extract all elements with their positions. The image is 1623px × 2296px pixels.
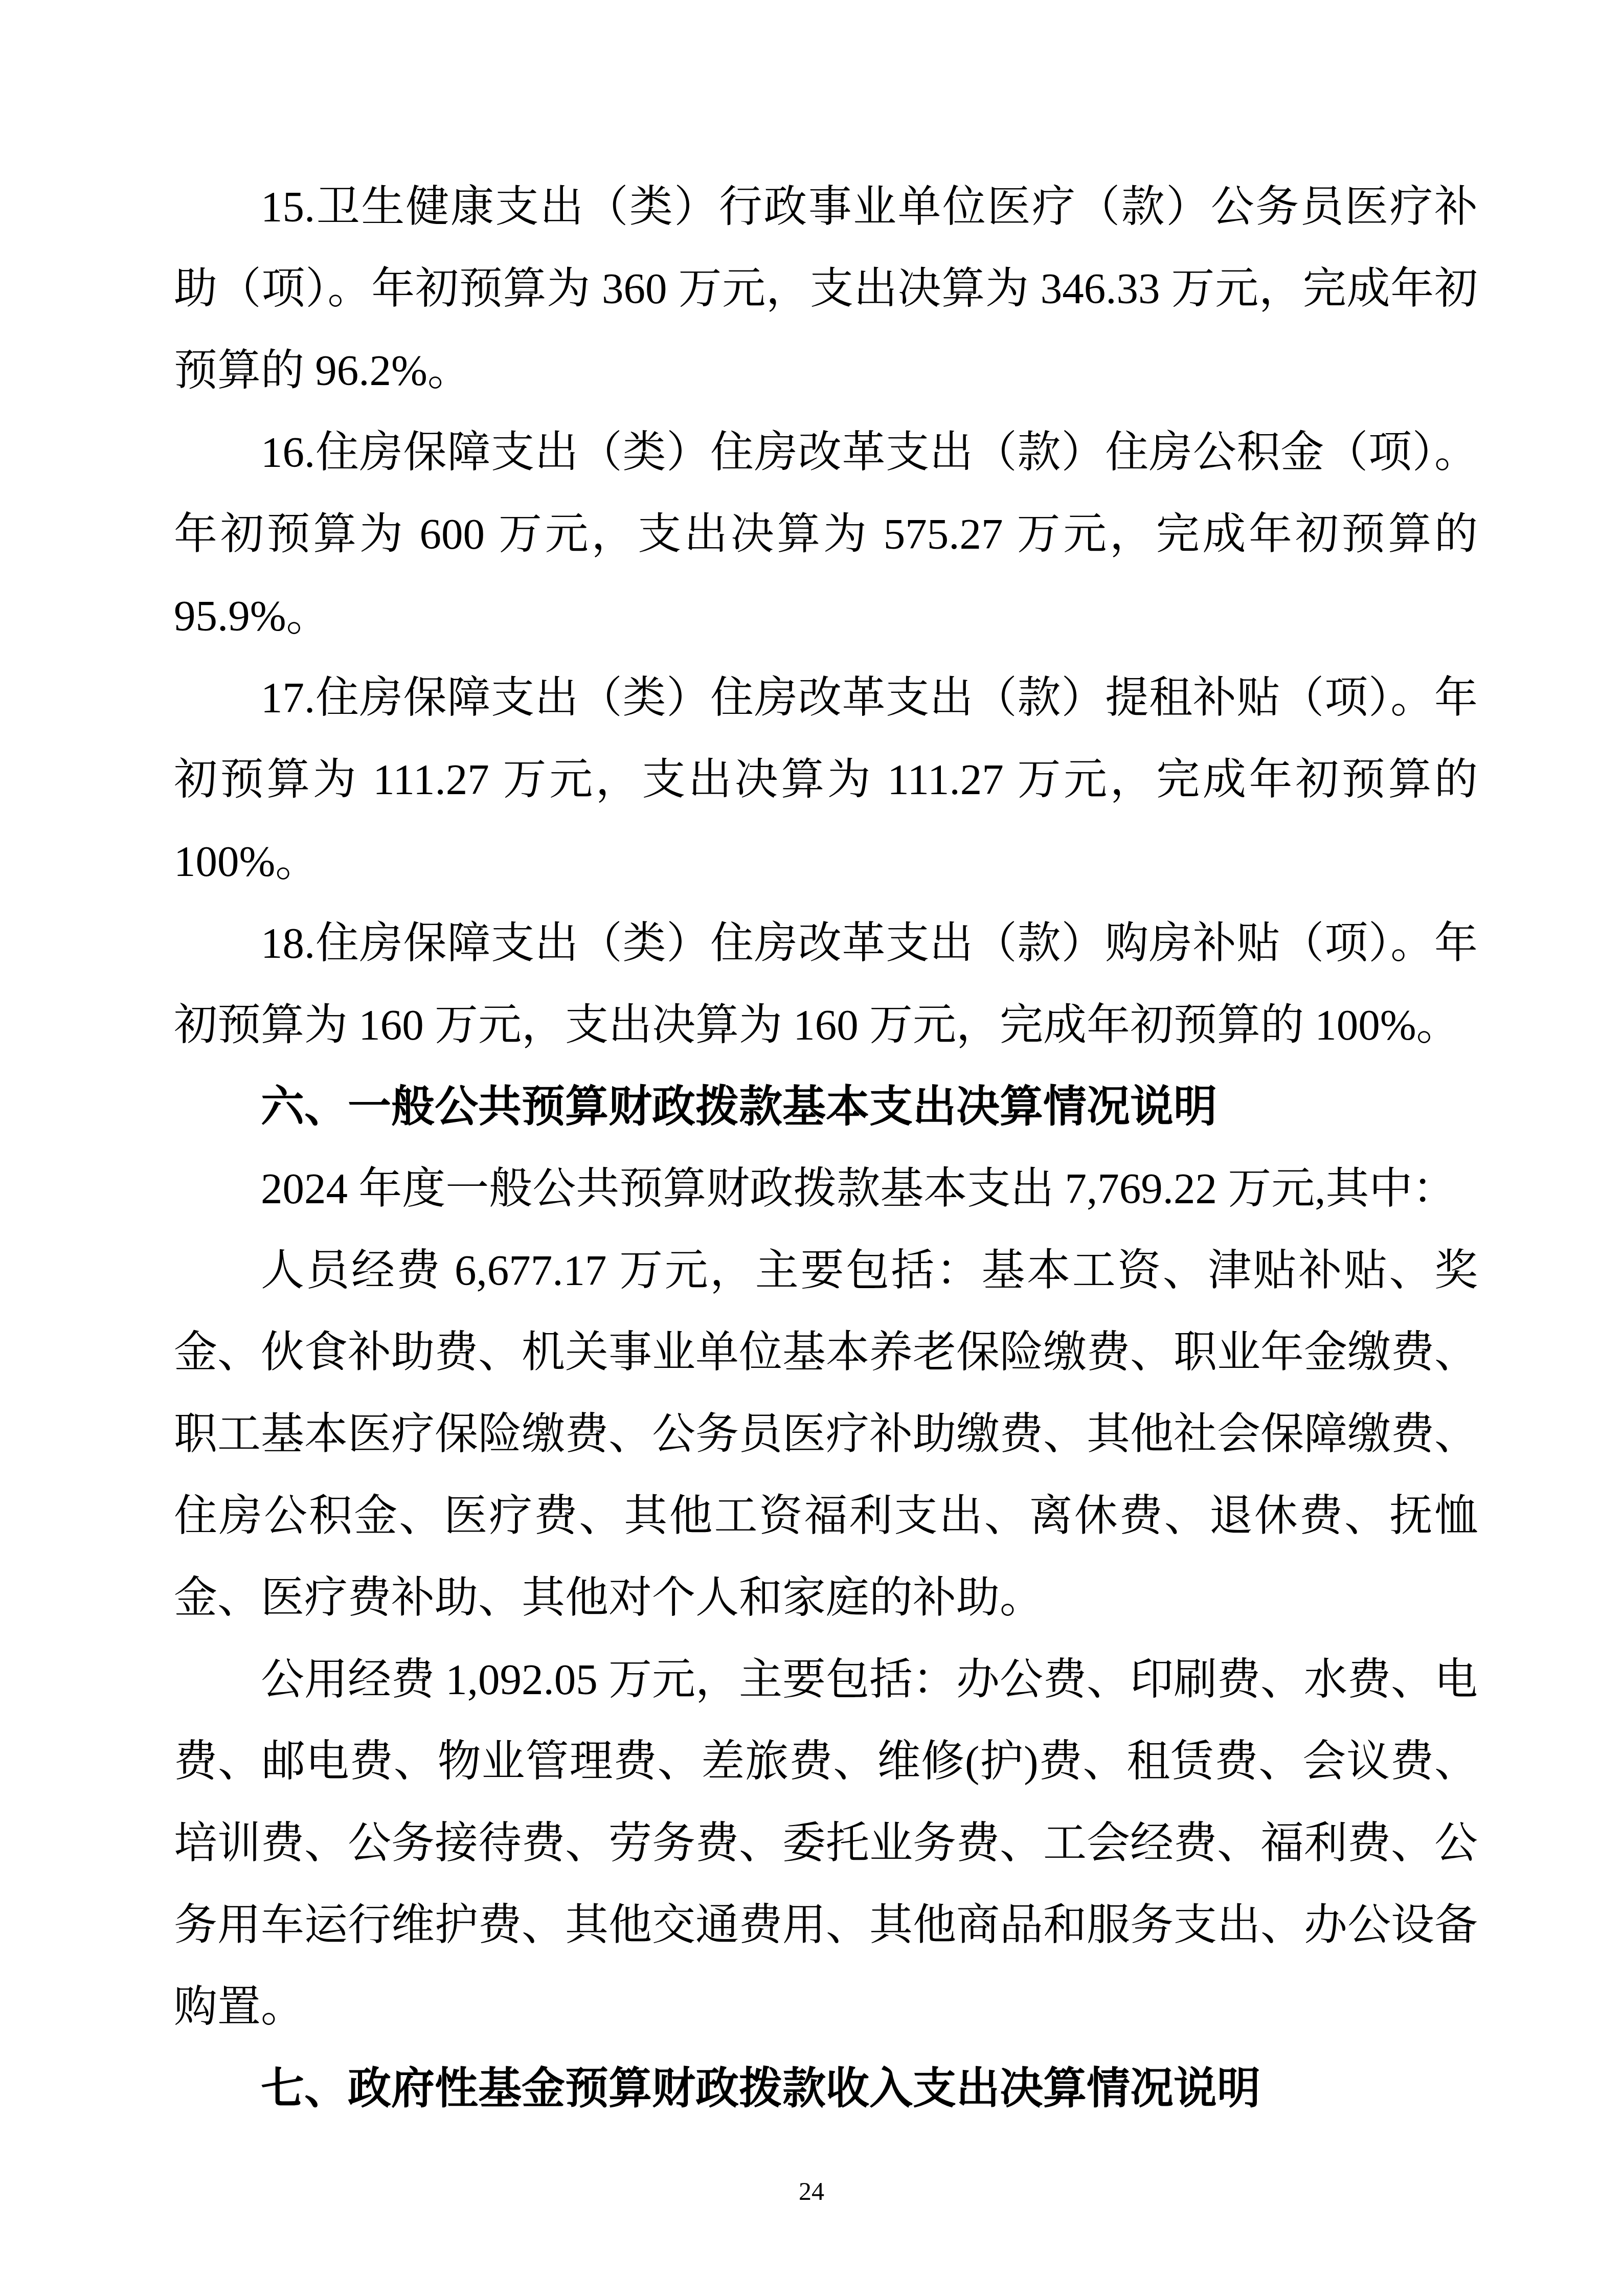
para-item-18-house-purchase-subsidy: 18.住房保障支出（类）住房改革支出（款）购房补贴（项）。年初预算为 160 万… bbox=[174, 903, 1478, 1066]
para-item-17-rent-subsidy: 17.住房保障支出（类）住房改革支出（款）提租补贴（项）。年初预算为 111.2… bbox=[174, 657, 1478, 903]
page-number: 24 bbox=[0, 2176, 1623, 2207]
section-heading-seven-govt-fund-budget: 七、政府性基金预算财政拨款收入支出决算情况说明 bbox=[174, 2048, 1478, 2130]
para-basic-expenditure-total: 2024 年度一般公共预算财政拨款基本支出 7,769.22 万元,其中： bbox=[174, 1148, 1478, 1230]
para-public-funds: 公用经费 1,092.05 万元，主要包括：办公费、印刷费、水费、电费、邮电费、… bbox=[174, 1639, 1478, 2048]
document-text-block: 15.卫生健康支出（类）行政事业单位医疗（款）公务员医疗补助（项）。年初预算为 … bbox=[174, 166, 1478, 2130]
para-personnel-funds: 人员经费 6,677.17 万元，主要包括：基本工资、津贴补贴、奖金、伙食补助费… bbox=[174, 1230, 1478, 1639]
document-page: { "page": { "number": "24" }, "colors": … bbox=[0, 0, 1623, 2296]
para-item-16-housing-fund: 16.住房保障支出（类）住房改革支出（款）住房公积金（项）。年初预算为 600 … bbox=[174, 412, 1478, 657]
para-item-15-health-expenditure: 15.卫生健康支出（类）行政事业单位医疗（款）公务员医疗补助（项）。年初预算为 … bbox=[174, 166, 1478, 412]
section-heading-six-basic-expenditure: 六、一般公共预算财政拨款基本支出决算情况说明 bbox=[174, 1066, 1478, 1148]
